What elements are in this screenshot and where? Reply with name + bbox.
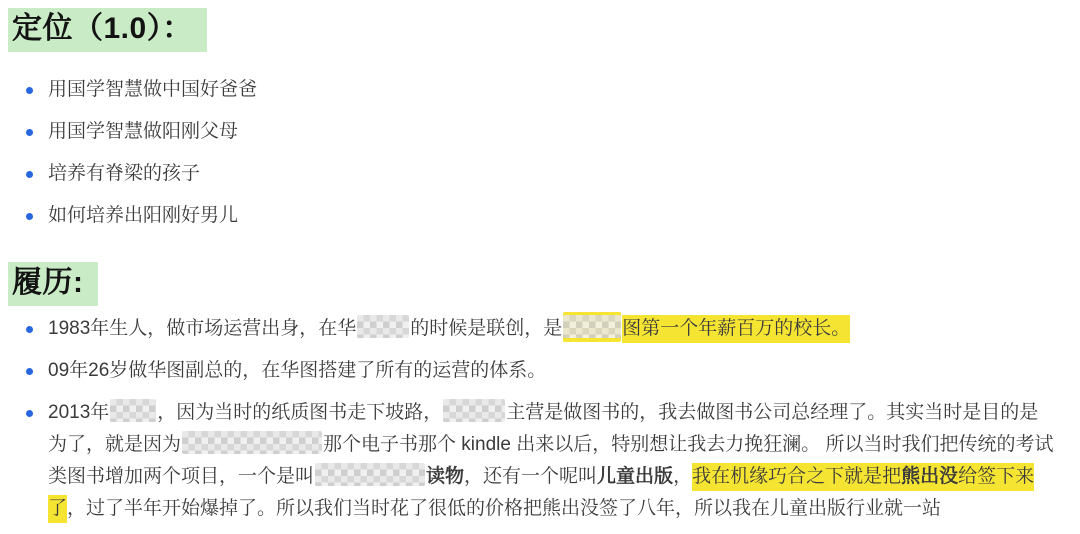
bullet-list: 1983年生人，做市场运营出身，在华的时候是联创，是图第一个年薪百万的校长。09…	[8, 313, 1080, 525]
bullet-dot-icon	[26, 87, 33, 94]
text-segment: 如何培养出阳刚好男儿	[48, 205, 238, 226]
redacted-blur	[357, 315, 409, 338]
bullet-dot-icon	[26, 326, 33, 333]
sections: 定位（1.0）：用国学智慧做中国好爸爸用国学智慧做阳刚父母培养有脊梁的孩子如何培…	[8, 8, 1080, 525]
document-page: 定位（1.0）：用国学智慧做中国好爸爸用国学智慧做阳刚父母培养有脊梁的孩子如何培…	[0, 0, 1080, 525]
redacted-blur	[443, 399, 505, 422]
text-segment: 用国学智慧做阳刚父母	[48, 121, 238, 142]
text-segment: ，过了半年开始爆掉了。所以我们当时花了很低的价格把熊出没签了八年，所以我在儿童出…	[67, 498, 941, 519]
bullet-dot-icon	[26, 171, 33, 178]
text-segment: 培养有脊梁的孩子	[48, 163, 200, 184]
list-item: 1983年生人，做市场运营出身，在华的时候是联创，是图第一个年薪百万的校长。	[26, 313, 1080, 345]
text-segment: 1983年生人，做市场运营出身，在华	[48, 318, 356, 339]
section-heading: 履历:	[8, 262, 98, 306]
text-segment: 读物	[426, 466, 464, 487]
text-segment: ，	[673, 466, 692, 487]
text-segment: 用国学智慧做中国好爸爸	[48, 79, 257, 100]
section-heading: 定位（1.0）：	[8, 8, 207, 52]
list-item: 用国学智慧做阳刚父母	[26, 116, 1080, 148]
highlighted-text: 熊出没	[901, 463, 958, 491]
redacted-blur	[110, 399, 156, 422]
list-item: 用国学智慧做中国好爸爸	[26, 74, 1080, 106]
bullet-dot-icon	[26, 213, 33, 220]
list-item: 培养有脊梁的孩子	[26, 158, 1080, 190]
text-segment: ，还有一个呢叫	[464, 466, 597, 487]
list-item: 如何培养出阳刚好男儿	[26, 200, 1080, 232]
text-segment: 的时候是联创，是	[410, 318, 562, 339]
text-segment: ，因为当时的纸质图书走下坡路，	[157, 402, 442, 423]
bullet-dot-icon	[26, 129, 33, 136]
redacted-blur	[563, 315, 621, 338]
text-segment: 2013年	[48, 402, 109, 423]
text-segment: 儿童出版	[597, 466, 673, 487]
text-segment: 09年26岁做华图副总的，在华图搭建了所有的运营的体系。	[48, 360, 546, 381]
list-item: 2013年，因为当时的纸质图书走下坡路，主营是做图书的，我去做图书公司总经理了。…	[26, 397, 1080, 525]
list-item: 09年26岁做华图副总的，在华图搭建了所有的运营的体系。	[26, 355, 1080, 387]
bullet-dot-icon	[26, 368, 33, 375]
bullet-dot-icon	[26, 410, 33, 417]
section: 履历:1983年生人，做市场运营出身，在华的时候是联创，是图第一个年薪百万的校长…	[8, 262, 1080, 525]
redacted-blur	[182, 431, 322, 454]
section: 定位（1.0）：用国学智慧做中国好爸爸用国学智慧做阳刚父母培养有脊梁的孩子如何培…	[8, 8, 1080, 232]
highlighted-text: 我在机缘巧合之下就是把	[692, 463, 901, 491]
redacted-blur	[315, 463, 425, 486]
bullet-list: 用国学智慧做中国好爸爸用国学智慧做阳刚父母培养有脊梁的孩子如何培养出阳刚好男儿	[8, 74, 1080, 232]
highlighted-text: 图第一个年薪百万的校长。	[622, 315, 850, 343]
